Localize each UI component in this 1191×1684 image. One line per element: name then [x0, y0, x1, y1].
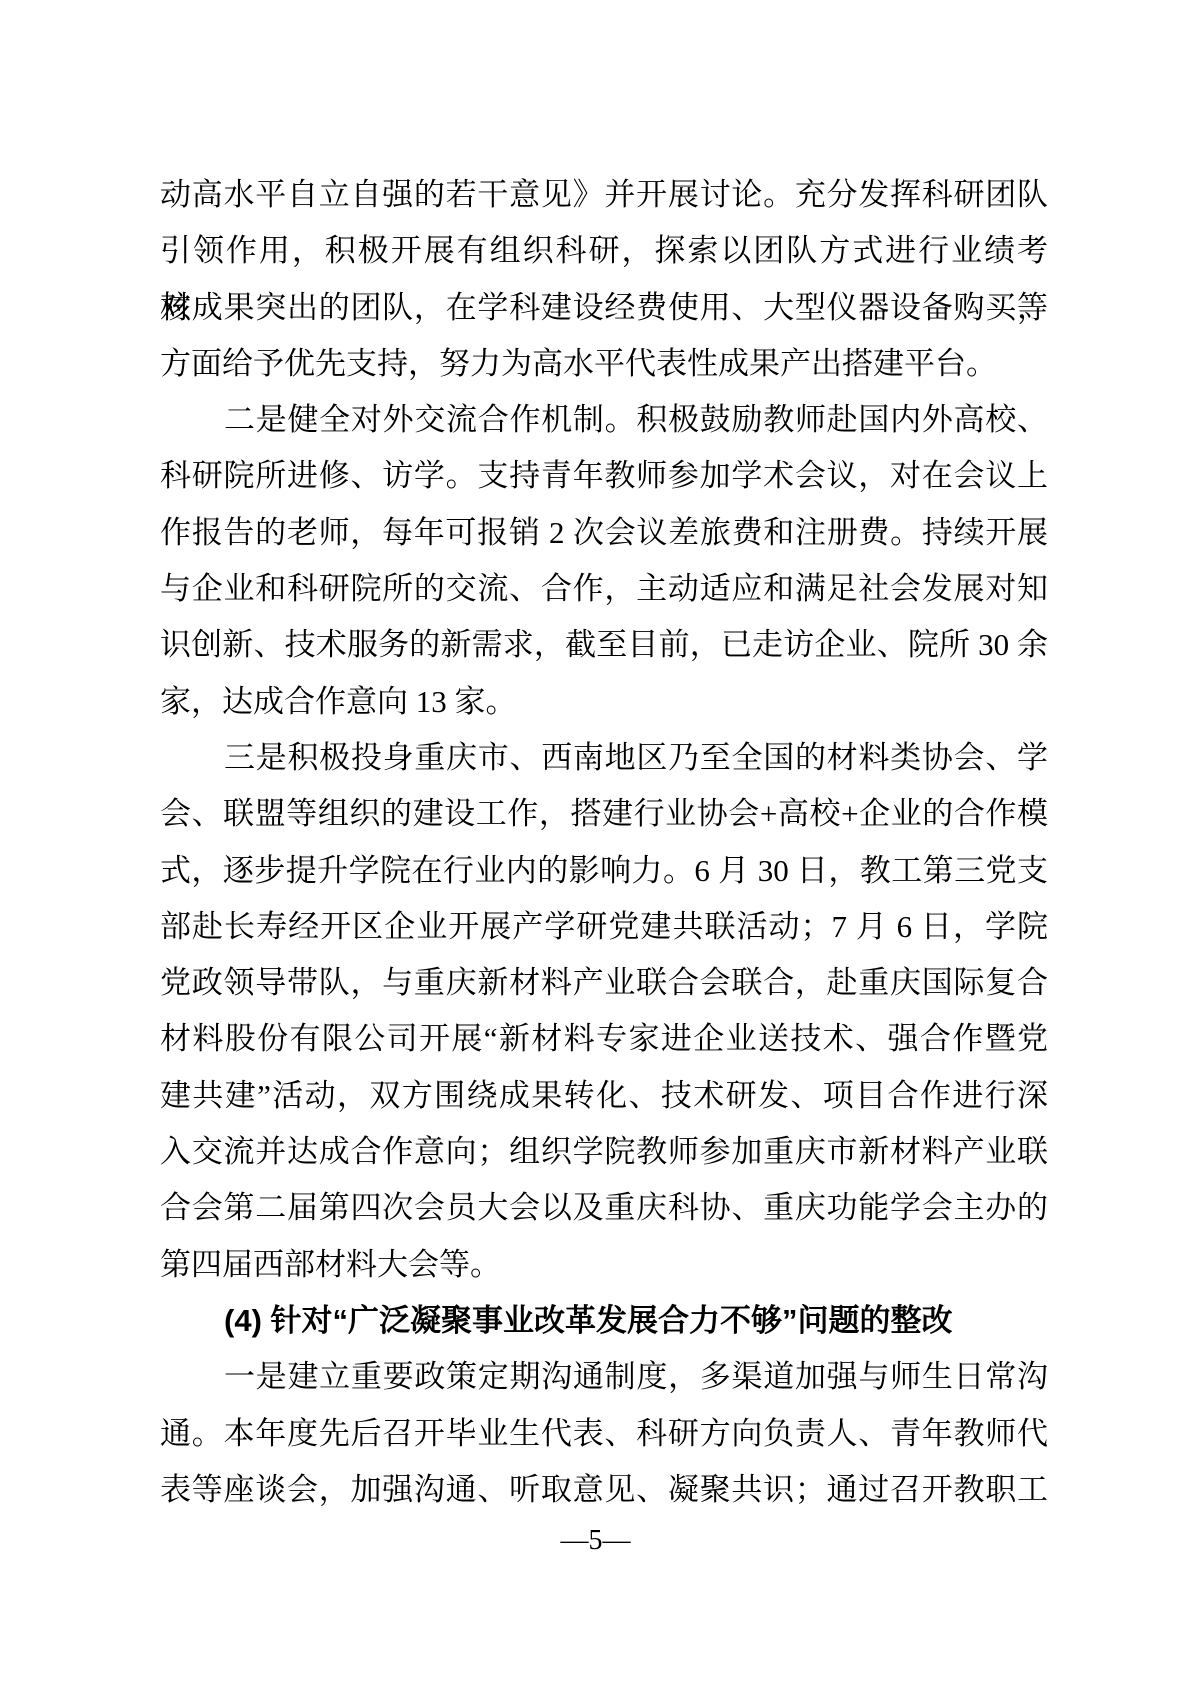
text-line: 党政领导带队，与重庆新材料产业联合会联合，赴重庆国际复合 — [160, 955, 1048, 1011]
text-line: 科研院所进修、访学。支持青年教师参加学术会议，对在会议上 — [160, 448, 1048, 504]
text-line: 识创新、技术服务的新需求，截至目前，已走访企业、院所 30 余 — [160, 617, 1048, 673]
text-line: 合会第二届第四次会员大会以及重庆科协、重庆功能学会主办的 — [160, 1180, 1048, 1236]
text-line: 通。本年度先后召开毕业生代表、科研方向负责人、青年教师代 — [160, 1406, 1048, 1462]
text-line: 第四届西部材料大会等。 — [160, 1237, 1048, 1293]
text-line: 材料股份有限公司开展“新材料专家进企业送技术、强合作暨党 — [160, 1011, 1048, 1067]
text-line: 一是建立重要政策定期沟通制度，多渠道加强与师生日常沟 — [160, 1349, 1048, 1405]
document-page: 动高水平自立自强的若干意见》并开展讨论。充分发挥科研团队 引领作用，积极开展有组… — [0, 0, 1191, 1684]
text-line: 表等座谈会，加强沟通、听取意见、凝聚共识；通过召开教职工 — [160, 1462, 1048, 1518]
text-line: 方面给予优先支持，努力为高水平代表性成果产出搭建平台。 — [160, 336, 1048, 392]
document-body: 动高水平自立自强的若干意见》并开展讨论。充分发挥科研团队 引领作用，积极开展有组… — [160, 167, 1048, 1518]
text-line: 对成果突出的团队，在学科建设经费使用、大型仪器设备购买等 — [160, 280, 1048, 336]
text-line: 作报告的老师，每年可报销 2 次会议差旅费和注册费。持续开展 — [160, 505, 1048, 561]
section-heading: (4) 针对“广泛凝聚事业改革发展合力不够”问题的整改 — [160, 1293, 1048, 1349]
text-line: 入交流并达成合作意向；组织学院教师参加重庆市新材料产业联 — [160, 1124, 1048, 1180]
text-line: 家，达成合作意向 13 家。 — [160, 674, 1048, 730]
text-line: 式，逐步提升学院在行业内的影响力。6 月 30 日，教工第三党支 — [160, 843, 1048, 899]
text-line: 二是健全对外交流合作机制。积极鼓励教师赴国内外高校、 — [160, 392, 1048, 448]
text-line: 建共建”活动，双方围绕成果转化、技术研发、项目合作进行深 — [160, 1068, 1048, 1124]
text-line: 部赴长寿经开区企业开展产学研党建共联活动；7 月 6 日，学院 — [160, 899, 1048, 955]
text-line: 会、联盟等组织的建设工作，搭建行业协会+高校+企业的合作模 — [160, 786, 1048, 842]
text-line: 动高水平自立自强的若干意见》并开展讨论。充分发挥科研团队 — [160, 167, 1048, 223]
text-line: 三是积极投身重庆市、西南地区乃至全国的材料类协会、学 — [160, 730, 1048, 786]
text-line: 与企业和科研院所的交流、合作，主动适应和满足社会发展对知 — [160, 561, 1048, 617]
page-number: —5— — [0, 1524, 1191, 1558]
text-line: 引领作用，积极开展有组织科研，探索以团队方式进行业绩考核， — [160, 223, 1048, 279]
